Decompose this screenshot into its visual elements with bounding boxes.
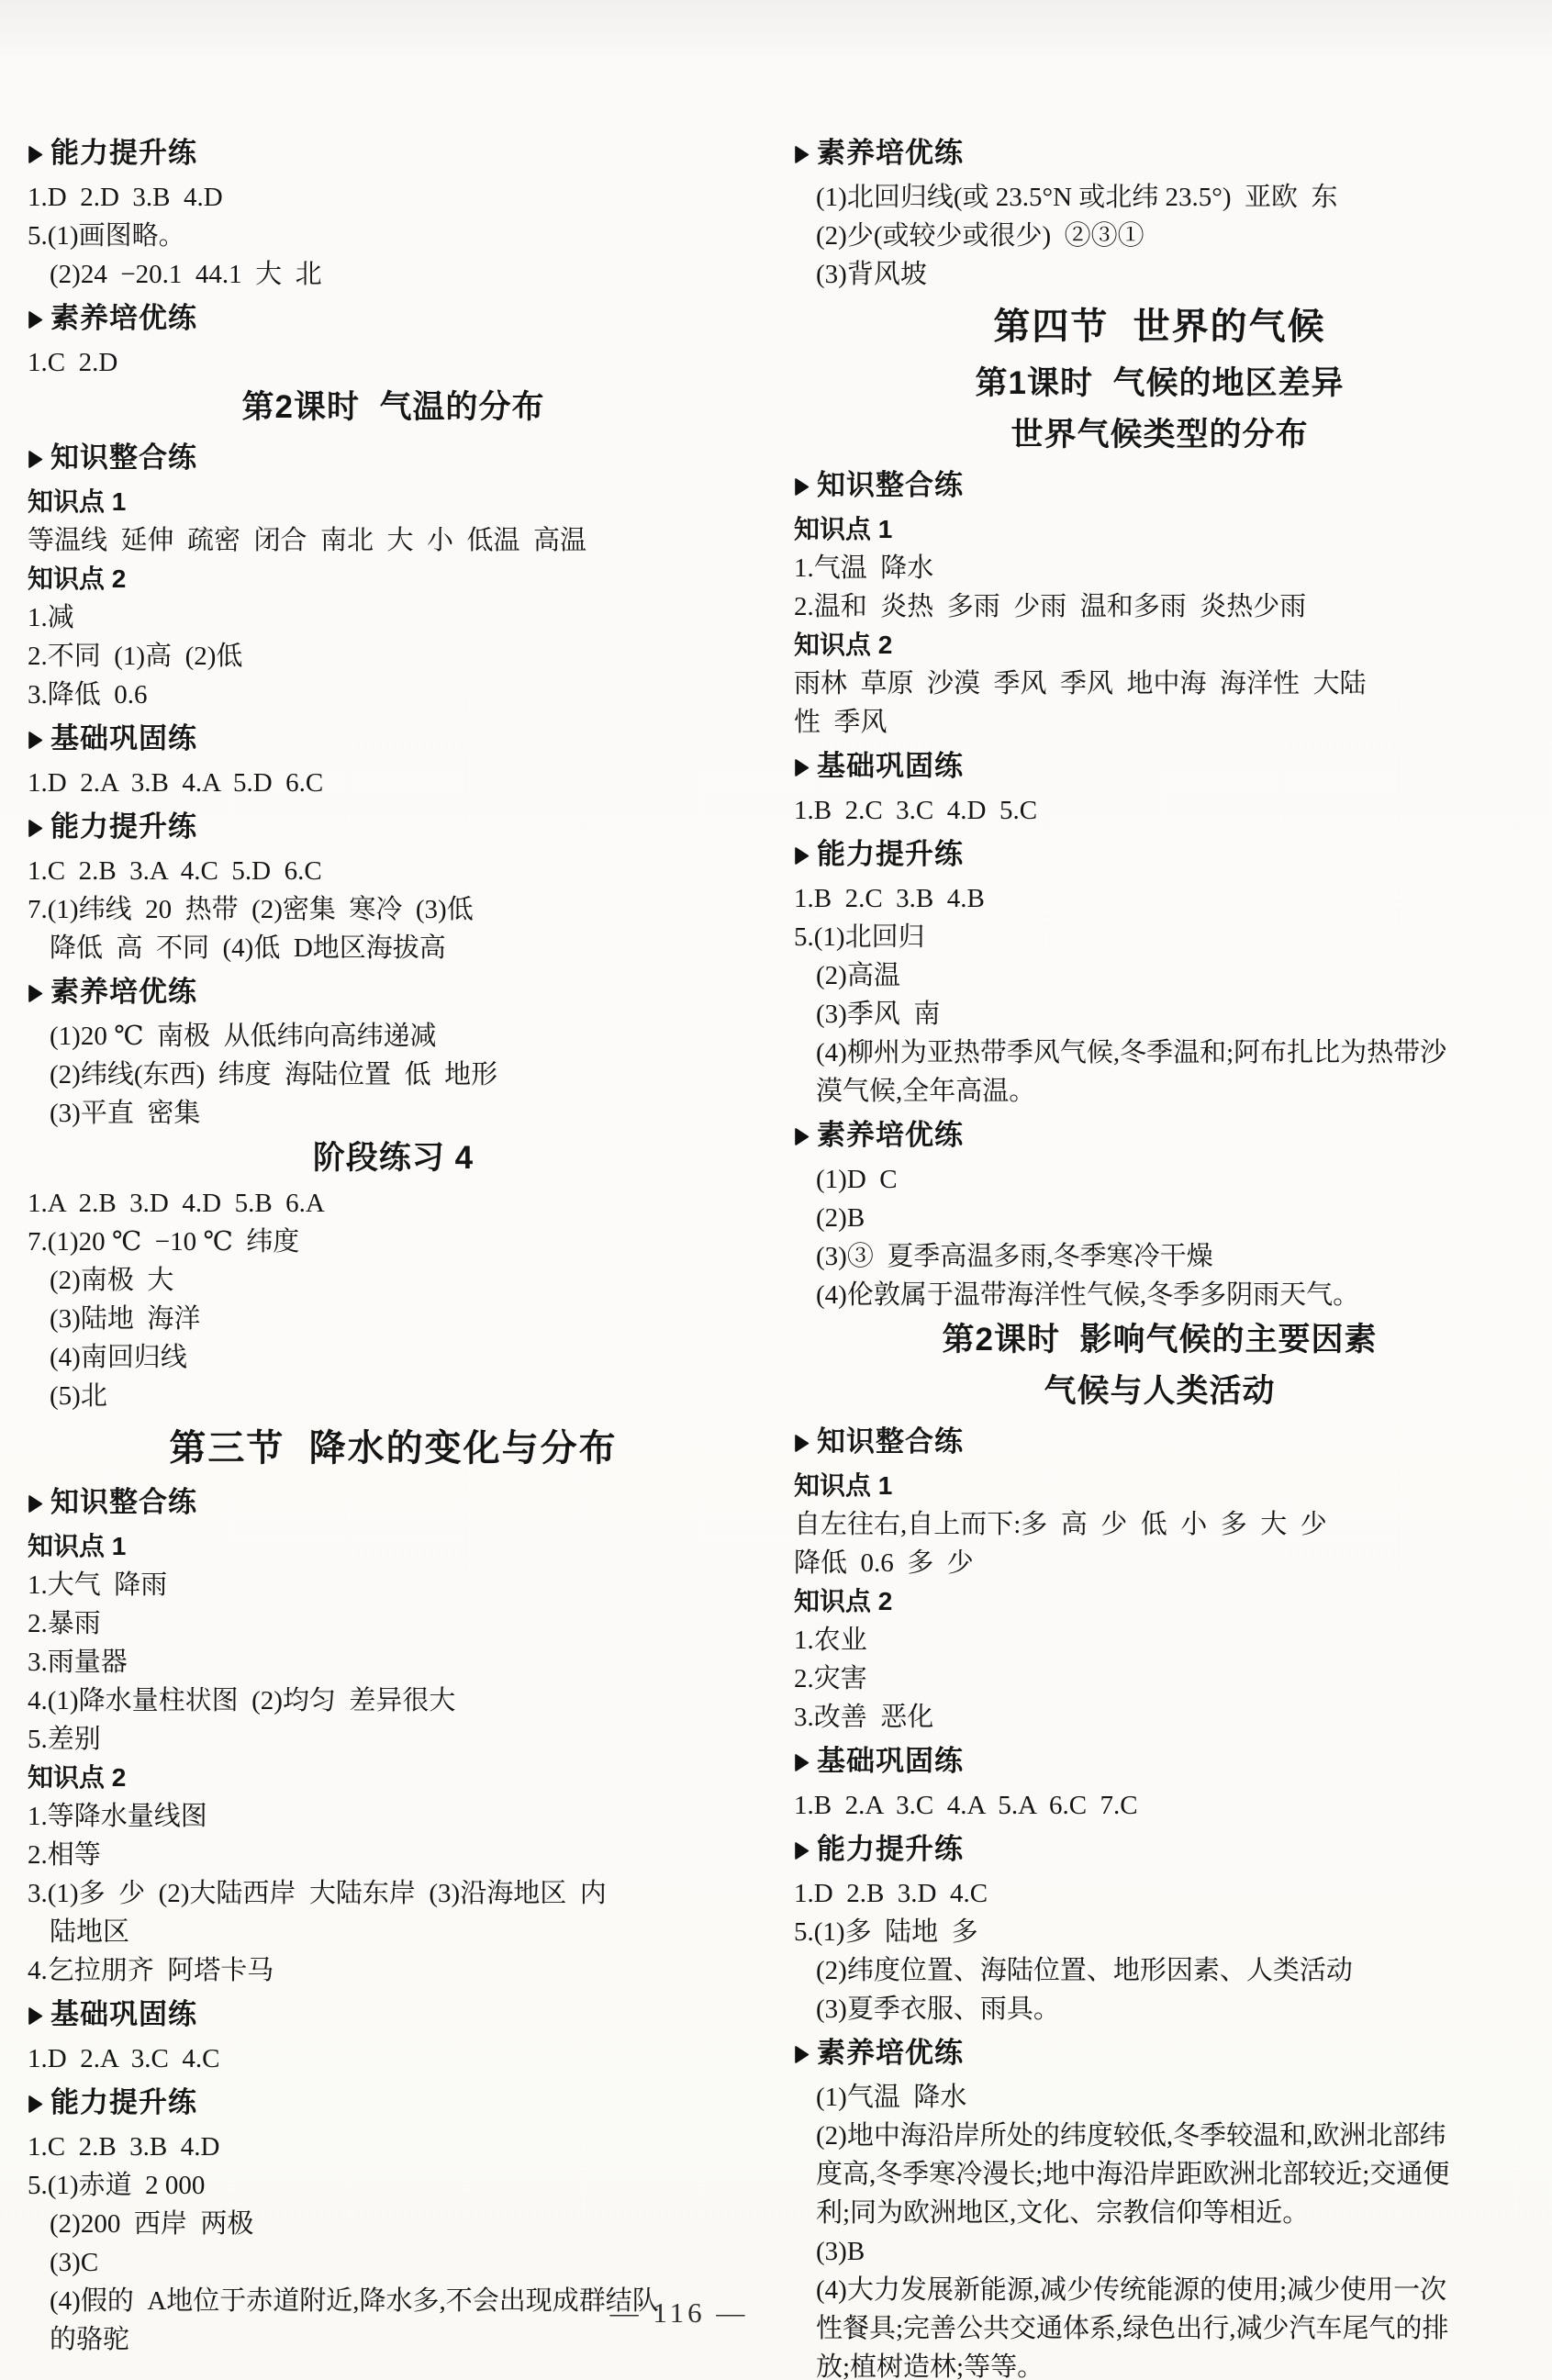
answer-line: (5)北 — [28, 1377, 759, 1415]
answer-line: 1.B 2.C 3.C 4.D 5.C — [794, 791, 1525, 830]
answer-line: 雨林 草原 沙漠 季风 季风 地中海 海洋性 大陆 — [794, 665, 1525, 703]
section-header: 能力提升练 — [794, 1827, 1525, 1872]
answer-line: (1)北回归线(或 23.5°N 或北纬 23.5°) 亚欧 东 — [794, 178, 1525, 217]
page-number: — 116 — — [564, 2295, 794, 2331]
answer-line: 1.D 2.A 3.B 4.A 5.D 6.C — [28, 764, 759, 802]
section-header-label: 知识整合练 — [817, 1419, 964, 1465]
lesson-title: 第2课时 影响气候的主要因素 — [794, 1314, 1525, 1366]
answer-line: (2)高温 — [794, 956, 1525, 995]
answer-line: (2)纬度位置、海陆位置、地形因素、人类活动 — [794, 1951, 1525, 1990]
section-header-label: 素养培优练 — [50, 969, 197, 1015]
answer-line: 3.改善 恶化 — [794, 1698, 1525, 1737]
lesson-title: 世界气候类型的分布 — [794, 409, 1525, 461]
section-header-label: 素养培优练 — [817, 130, 964, 176]
play-icon — [28, 1494, 43, 1514]
section-header: 素养培优练 — [28, 296, 759, 341]
knowledge-point-label: 知识点 2 — [794, 626, 1525, 665]
answer-line: 漠气候,全年高温。 — [794, 1072, 1525, 1111]
answer-line: (3)陆地 海洋 — [28, 1300, 759, 1338]
answer-line: 放;植树造林;等等。 — [794, 2348, 1525, 2380]
answer-line: 1.减 — [28, 598, 759, 637]
answer-line: (1)D C — [794, 1160, 1525, 1199]
answer-line: 1.C 2.B 3.B 4.D — [28, 2128, 759, 2166]
answer-line: 5.(1)赤道 2 000 — [28, 2166, 759, 2205]
answer-line: 2.暴雨 — [28, 1604, 759, 1643]
answer-line: (3)③ 夏季高温多雨,冬季寒冷干燥 — [794, 1237, 1525, 1276]
section-header-label: 能力提升练 — [817, 832, 964, 877]
section-header: 能力提升练 — [28, 2080, 759, 2126]
section-header: 能力提升练 — [794, 832, 1525, 877]
answer-line: (4)南回归线 — [28, 1338, 759, 1377]
section-header-label: 能力提升练 — [50, 804, 197, 850]
answer-line: 7.(1)纬线 20 热带 (2)密集 寒冷 (3)低 — [28, 890, 759, 929]
answer-line: 1.D 2.D 3.B 4.D — [28, 178, 759, 217]
answer-line: 2.不同 (1)高 (2)低 — [28, 637, 759, 676]
section-header: 基础巩固练 — [28, 1992, 759, 2038]
play-icon — [28, 2095, 43, 2114]
answer-line: 等温线 延伸 疏密 闭合 南北 大 小 低温 高温 — [28, 521, 759, 560]
play-icon — [28, 450, 43, 469]
answer-line: (3)季风 南 — [794, 995, 1525, 1034]
answer-line: 利;同为欧洲地区,文化、宗教信仰等相近。 — [794, 2194, 1525, 2232]
answer-line: 3.雨量器 — [28, 1643, 759, 1682]
answer-line: 1.农业 — [794, 1621, 1525, 1659]
answer-line: (2)少(或较少或很少) ②③① — [794, 217, 1525, 255]
answer-line: 5.差别 — [28, 1720, 759, 1759]
answer-line: 自左往右,自上而下:多 高 少 低 小 多 大 少 — [794, 1505, 1525, 1544]
section-header: 基础巩固练 — [794, 1738, 1525, 1784]
answer-line: 陆地区 — [28, 1913, 759, 1951]
lesson-title: 气候与人类活动 — [794, 1366, 1525, 1417]
answers-column-left: 能力提升练1.D 2.D 3.B 4.D5.(1)画图略。(2)24 −20.1… — [28, 128, 759, 2380]
knowledge-point-label: 知识点 2 — [28, 560, 759, 598]
play-icon — [794, 1841, 809, 1860]
answer-line: 5.(1)画图略。 — [28, 217, 759, 255]
section-header: 素养培优练 — [794, 130, 1525, 176]
knowledge-point-label: 知识点 1 — [28, 1527, 759, 1566]
lesson-title: 阶段练习 4 — [28, 1133, 759, 1184]
section-header: 知识整合练 — [794, 463, 1525, 508]
answer-line: (4)大力发展新能源,减少传统能源的使用;减少使用一次 — [794, 2271, 1525, 2309]
answer-line: (4)伦敦属于温带海洋性气候,冬季多阴雨天气。 — [794, 1276, 1525, 1314]
section-header: 知识整合练 — [28, 1480, 759, 1525]
answer-line: 1.B 2.A 3.C 4.A 5.A 6.C 7.C — [794, 1786, 1525, 1825]
answer-line: (3)B — [794, 2232, 1525, 2271]
two-column-layout: 能力提升练1.D 2.D 3.B 4.D5.(1)画图略。(2)24 −20.1… — [0, 0, 1552, 2380]
answer-line: (4)柳州为亚热带季风气候,冬季温和;阿布扎比为热带沙 — [794, 1034, 1525, 1072]
section-header-label: 知识整合练 — [50, 1480, 197, 1525]
play-icon — [794, 758, 809, 777]
section-header-label: 能力提升练 — [50, 130, 197, 176]
lesson-title: 第1课时 气候的地区差异 — [794, 358, 1525, 409]
play-icon — [794, 145, 809, 164]
section-header-label: 知识整合练 — [817, 463, 964, 508]
answer-line: 1.C 2.B 3.A 4.C 5.D 6.C — [28, 852, 759, 890]
answer-line: 5.(1)北回归 — [794, 918, 1525, 956]
answer-line: 1.气温 降水 — [794, 549, 1525, 587]
answer-line: (2)200 西岸 两极 — [28, 2205, 759, 2243]
play-icon — [28, 731, 43, 750]
section-header: 能力提升练 — [28, 130, 759, 176]
answer-line: (2)纬线(东西) 纬度 海陆位置 低 地形 — [28, 1056, 759, 1094]
answer-line: (2)B — [794, 1199, 1525, 1237]
section-header-label: 素养培优练 — [817, 2030, 964, 2076]
answer-line: (3)夏季衣服、雨具。 — [794, 1990, 1525, 2028]
section-header: 素养培优练 — [28, 969, 759, 1015]
section-header-label: 知识整合练 — [50, 435, 197, 481]
section-header-label: 素养培优练 — [50, 296, 197, 341]
section-header: 基础巩固练 — [28, 716, 759, 762]
answer-line: 1.B 2.C 3.B 4.B — [794, 879, 1525, 918]
section-header-label: 素养培优练 — [817, 1112, 964, 1158]
answer-line: (1)气温 降水 — [794, 2078, 1525, 2117]
answer-line: 1.D 2.A 3.C 4.C — [28, 2039, 759, 2078]
answer-line: 性餐具;完善公共交通体系,绿色出行,减少汽车尾气的排 — [794, 2309, 1525, 2348]
chapter-title: 第四节 世界的气候 — [794, 297, 1525, 356]
play-icon — [794, 477, 809, 497]
section-header-label: 基础巩固练 — [50, 1992, 197, 2038]
answer-line: 7.(1)20 ℃ −10 ℃ 纬度 — [28, 1223, 759, 1261]
section-header: 素养培优练 — [794, 2030, 1525, 2076]
answer-line: 5.(1)多 陆地 多 — [794, 1913, 1525, 1951]
workbook-answer-page: 能力提升练1.D 2.D 3.B 4.D5.(1)画图略。(2)24 −20.1… — [0, 0, 1552, 2380]
play-icon — [794, 1127, 809, 1146]
play-icon — [794, 846, 809, 866]
play-icon — [28, 984, 43, 1003]
answer-line: (2)南极 大 — [28, 1261, 759, 1300]
section-header-label: 基础巩固练 — [50, 716, 197, 762]
answer-line: (2)地中海沿岸所处的纬度较低,冬季较温和,欧洲北部纬 — [794, 2117, 1525, 2155]
play-icon — [794, 1753, 809, 1772]
answer-line: 降低 高 不同 (4)低 D地区海拔高 — [28, 929, 759, 967]
section-header: 基础巩固练 — [794, 743, 1525, 789]
play-icon — [28, 310, 43, 330]
play-icon — [794, 2045, 809, 2064]
knowledge-point-label: 知识点 2 — [28, 1759, 759, 1797]
answer-line: 2.灾害 — [794, 1659, 1525, 1698]
section-header: 素养培优练 — [794, 1112, 1525, 1158]
answer-line: 2.相等 — [28, 1836, 759, 1874]
knowledge-point-label: 知识点 2 — [794, 1582, 1525, 1621]
answers-column-right: 素养培优练(1)北回归线(或 23.5°N 或北纬 23.5°) 亚欧 东(2)… — [794, 128, 1525, 2380]
answer-line: 3.降低 0.6 — [28, 676, 759, 714]
play-icon — [794, 1434, 809, 1453]
answer-line: 1.A 2.B 3.D 4.D 5.B 6.A — [28, 1184, 759, 1223]
answer-line: (1)20 ℃ 南极 从低纬向高纬递减 — [28, 1017, 759, 1056]
answer-line: (3)C — [28, 2243, 759, 2282]
knowledge-point-label: 知识点 1 — [28, 483, 759, 521]
section-header: 知识整合练 — [28, 435, 759, 481]
section-header-label: 基础巩固练 — [817, 1738, 964, 1784]
play-icon — [28, 145, 43, 164]
answer-line: 2.温和 炎热 多雨 少雨 温和多雨 炎热少雨 — [794, 587, 1525, 626]
play-icon — [28, 819, 43, 838]
section-header-label: 能力提升练 — [817, 1827, 964, 1872]
section-header: 能力提升练 — [28, 804, 759, 850]
chapter-title: 第三节 降水的变化与分布 — [28, 1419, 759, 1478]
answer-line: 1.等降水量线图 — [28, 1797, 759, 1836]
answer-line: 降低 0.6 多 少 — [794, 1544, 1525, 1582]
section-header-label: 基础巩固练 — [817, 743, 964, 789]
answer-line: 1.C 2.D — [28, 343, 759, 382]
answer-line: 度高,冬季寒冷漫长;地中海沿岸距欧洲北部较近;交通便 — [794, 2155, 1525, 2194]
knowledge-point-label: 知识点 1 — [794, 510, 1525, 549]
answer-line: 1.大气 降雨 — [28, 1566, 759, 1604]
answer-line: 4.(1)降水量柱状图 (2)均匀 差异很大 — [28, 1682, 759, 1720]
knowledge-point-label: 知识点 1 — [794, 1467, 1525, 1505]
answer-line: 3.(1)多 少 (2)大陆西岸 大陆东岸 (3)沿海地区 内 — [28, 1874, 759, 1913]
answer-line: (2)24 −20.1 44.1 大 北 — [28, 255, 759, 294]
answer-line: (3)背风坡 — [794, 255, 1525, 294]
lesson-title: 第2课时 气温的分布 — [28, 382, 759, 433]
section-header-label: 能力提升练 — [50, 2080, 197, 2126]
answer-line: 4.乞拉朋齐 阿塔卡马 — [28, 1951, 759, 1990]
answer-line: 性 季风 — [794, 703, 1525, 742]
play-icon — [28, 2006, 43, 2026]
answer-line: (3)平直 密集 — [28, 1094, 759, 1133]
section-header: 知识整合练 — [794, 1419, 1525, 1465]
answer-line: 1.D 2.B 3.D 4.C — [794, 1874, 1525, 1913]
